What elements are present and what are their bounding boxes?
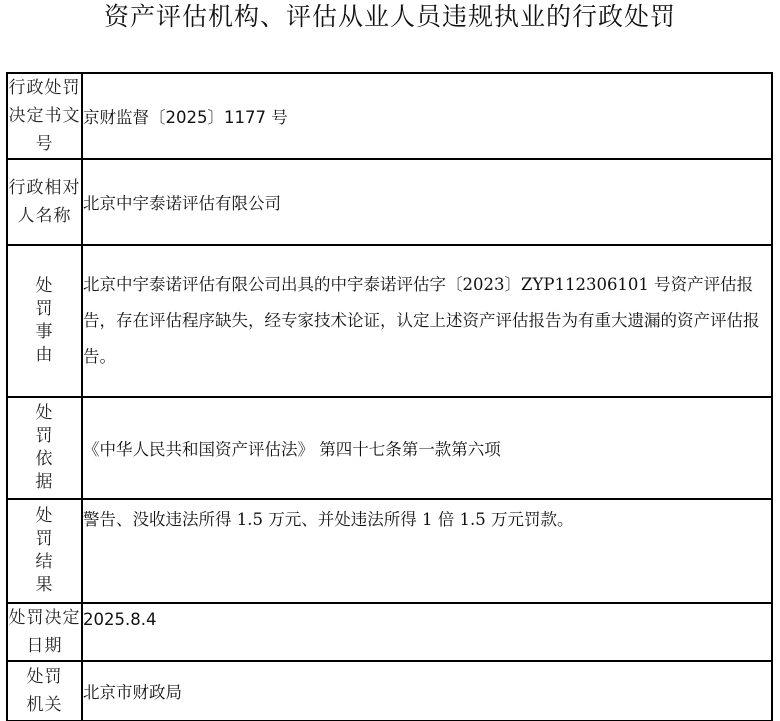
label-party-name: 行政相对人名称: [7, 159, 82, 245]
label-decision-date: 处罚决定日期: [7, 603, 82, 661]
label-reason: 处罚事由: [35, 275, 55, 367]
document-title: 资产评估机构、评估从业人员违规执业的行政处罚: [0, 0, 780, 36]
penalty-table: 行政处罚决定书文号 京财监督〔2025〕1177 号 行政相对人名称 北京中宇泰…: [6, 72, 773, 721]
table-row-party-name: 行政相对人名称 北京中宇泰诺评估有限公司: [7, 159, 772, 245]
value-reason: 北京中宇泰诺评估有限公司出具的中宇泰诺评估字〔2023〕ZYP112306101…: [82, 245, 772, 397]
label-decision-number: 行政处罚决定书文号: [7, 73, 82, 159]
value-penalty-result: 警告、没收违法所得 1.5 万元、并处违法所得 1 倍 1.5 万元罚款。: [82, 499, 772, 603]
table-row-authority: 处罚机关 北京市财政局: [7, 661, 772, 721]
value-decision-date: 2025.8.4: [82, 603, 772, 661]
table-row-decision-number: 行政处罚决定书文号 京财监督〔2025〕1177 号: [7, 73, 772, 159]
table-row-decision-date: 处罚决定日期 2025.8.4: [7, 603, 772, 661]
value-authority: 北京市财政局: [82, 661, 772, 721]
value-legal-basis: 《中华人民共和国资产评估法》 第四十七条第一款第六项: [82, 397, 772, 499]
label-penalty-result: 处罚结果: [35, 505, 55, 597]
table-row-legal-basis: 处罚依据 《中华人民共和国资产评估法》 第四十七条第一款第六项: [7, 397, 772, 499]
table-row-penalty-result: 处罚结果 警告、没收违法所得 1.5 万元、并处违法所得 1 倍 1.5 万元罚…: [7, 499, 772, 603]
value-decision-number: 京财监督〔2025〕1177 号: [82, 73, 772, 159]
value-party-name: 北京中宇泰诺评估有限公司: [82, 159, 772, 245]
table-row-reason: 处罚事由 北京中宇泰诺评估有限公司出具的中宇泰诺评估字〔2023〕ZYP1123…: [7, 245, 772, 397]
label-authority: 处罚机关: [25, 663, 65, 719]
label-legal-basis: 处罚依据: [35, 402, 55, 494]
